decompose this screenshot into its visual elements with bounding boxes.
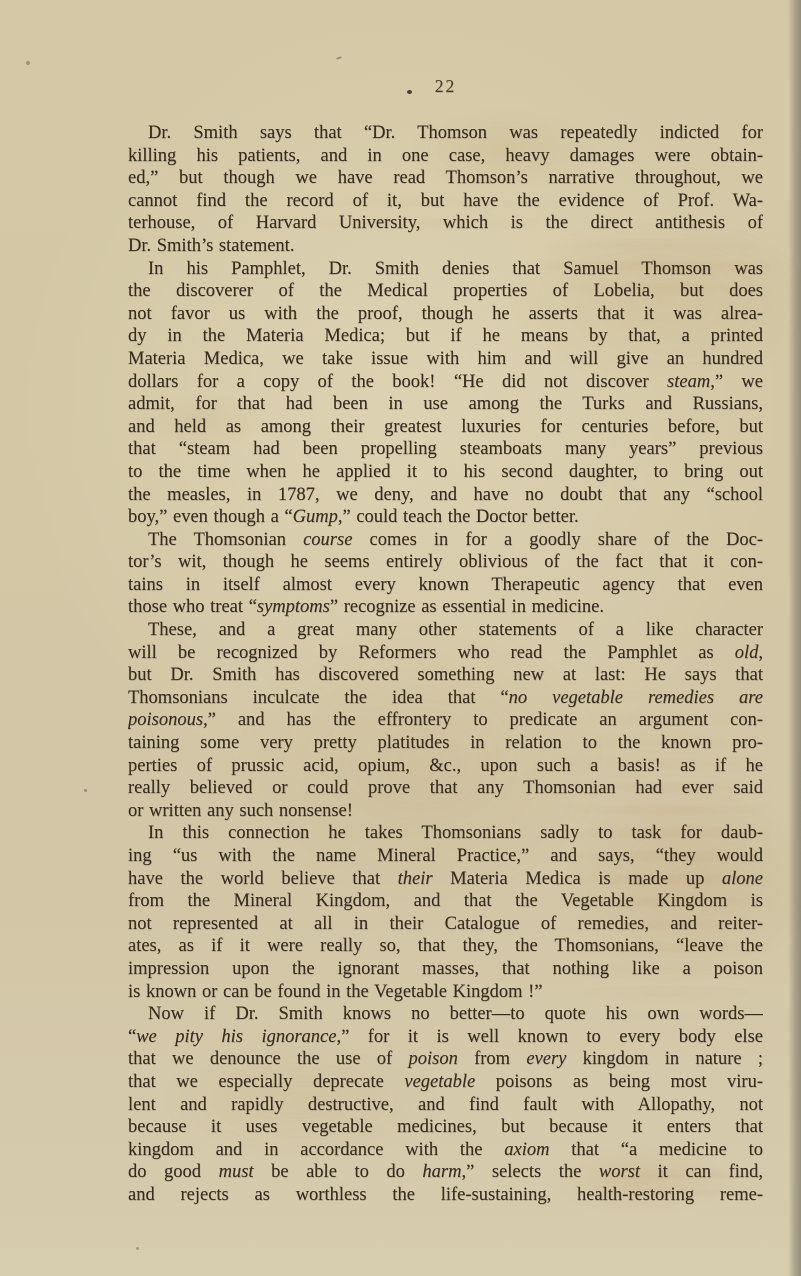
text-line: These, and a great many other statements… bbox=[128, 619, 763, 642]
text-line: not represented at all in their Catalogu… bbox=[128, 913, 763, 936]
text-line: cannot find the record of it, but have t… bbox=[128, 190, 763, 213]
text-line: and held as among their greatest luxurie… bbox=[128, 416, 763, 439]
text-line: Now if Dr. Smith knows no better—to quot… bbox=[128, 1003, 763, 1026]
text-line: In his Pamphlet, Dr. Smith denies that S… bbox=[128, 258, 763, 281]
text-line: Dr. Smith’s statement. bbox=[128, 235, 763, 258]
text-line: do good must be able to do harm,” select… bbox=[128, 1161, 763, 1184]
text-line: that we especially deprecate vegetable p… bbox=[128, 1071, 763, 1094]
text-line: admit, for that had been in use among th… bbox=[128, 393, 763, 416]
page-number: 22 bbox=[128, 76, 763, 97]
text-line: dy in the Materia Medica; but if he mean… bbox=[128, 325, 763, 348]
text-line: “we pity his ignorance,” for it is well … bbox=[128, 1026, 763, 1049]
text-line: and rejects as worthless the life-sustai… bbox=[128, 1184, 763, 1207]
text-line: tor’s wit, though he seems entirely obli… bbox=[128, 551, 763, 574]
paragraph: Now if Dr. Smith knows no better—to quot… bbox=[128, 1003, 763, 1206]
text-line: Dr. Smith says that “Dr. Thomson was rep… bbox=[128, 122, 763, 145]
text-line: really believed or could prove that any … bbox=[128, 777, 763, 800]
text-line: the measles, in 1787, we deny, and have … bbox=[128, 484, 763, 507]
text-line: but Dr. Smith has discovered something n… bbox=[128, 664, 763, 687]
text-line: Thomsonians inculcate the idea that “no … bbox=[128, 687, 763, 710]
paragraph: In his Pamphlet, Dr. Smith denies that S… bbox=[128, 258, 763, 529]
text-line: will be recognized by Reformers who read… bbox=[128, 642, 763, 665]
text-line: In this connection he takes Thomsonians … bbox=[128, 822, 763, 845]
paragraph: In this connection he takes Thomsonians … bbox=[128, 822, 763, 1003]
text-line: taining some very pretty platitudes in r… bbox=[128, 732, 763, 755]
text-line: tains in itself almost every known Thera… bbox=[128, 574, 763, 597]
text-line: impression upon the ignorant masses, tha… bbox=[128, 958, 763, 981]
text-line: from the Mineral Kingdom, and that the V… bbox=[128, 890, 763, 913]
text-line: to the time when he applied it to his se… bbox=[128, 461, 763, 484]
paragraph: The Thomsonian course comes in for a goo… bbox=[128, 529, 763, 619]
paragraph: These, and a great many other statements… bbox=[128, 619, 763, 822]
text-line: that we denounce the use of poison from … bbox=[128, 1048, 763, 1071]
text-line: The Thomsonian course comes in for a goo… bbox=[128, 529, 763, 552]
text-line: terhouse, of Harvard University, which i… bbox=[128, 212, 763, 235]
text-line: or written any such nonsense! bbox=[128, 800, 763, 823]
text-line: ing “us with the name Mineral Practice,”… bbox=[128, 845, 763, 868]
paragraph: Dr. Smith says that “Dr. Thomson was rep… bbox=[128, 122, 763, 258]
text-block: Dr. Smith says that “Dr. Thomson was rep… bbox=[128, 122, 763, 1207]
text-line: that “steam had been propelling steamboa… bbox=[128, 438, 763, 461]
text-line: ed,” but though we have read Thomson’s n… bbox=[128, 167, 763, 190]
scanned-book-page: { "page": { "number": "22" }, "document"… bbox=[0, 0, 801, 1276]
text-line: poisonous,” and has the effrontery to pr… bbox=[128, 709, 763, 732]
text-line: Materia Medica, we take issue with him a… bbox=[128, 348, 763, 371]
text-line: lent and rapidly destructive, and find f… bbox=[128, 1094, 763, 1117]
text-line: is known or can be found in the Vegetabl… bbox=[128, 981, 763, 1004]
text-line: kingdom and in accordance with the axiom… bbox=[128, 1139, 763, 1162]
text-line: those who treat “symptoms” recognize as … bbox=[128, 596, 763, 619]
text-line: have the world believe that their Materi… bbox=[128, 868, 763, 891]
text-line: boy,” even though a “Gump,” could teach … bbox=[128, 506, 763, 529]
text-line: the discoverer of the Medical properties… bbox=[128, 280, 763, 303]
text-line: not favor us with the proof, though he a… bbox=[128, 303, 763, 326]
text-line: ates, as if it were really so, that they… bbox=[128, 935, 763, 958]
text-line: killing his patients, and in one case, h… bbox=[128, 145, 763, 168]
text-line: because it uses vegetable medicines, but… bbox=[128, 1116, 763, 1139]
text-line: perties of prussic acid, opium, &c., upo… bbox=[128, 755, 763, 778]
text-line: dollars for a copy of the book! “He did … bbox=[128, 371, 763, 394]
